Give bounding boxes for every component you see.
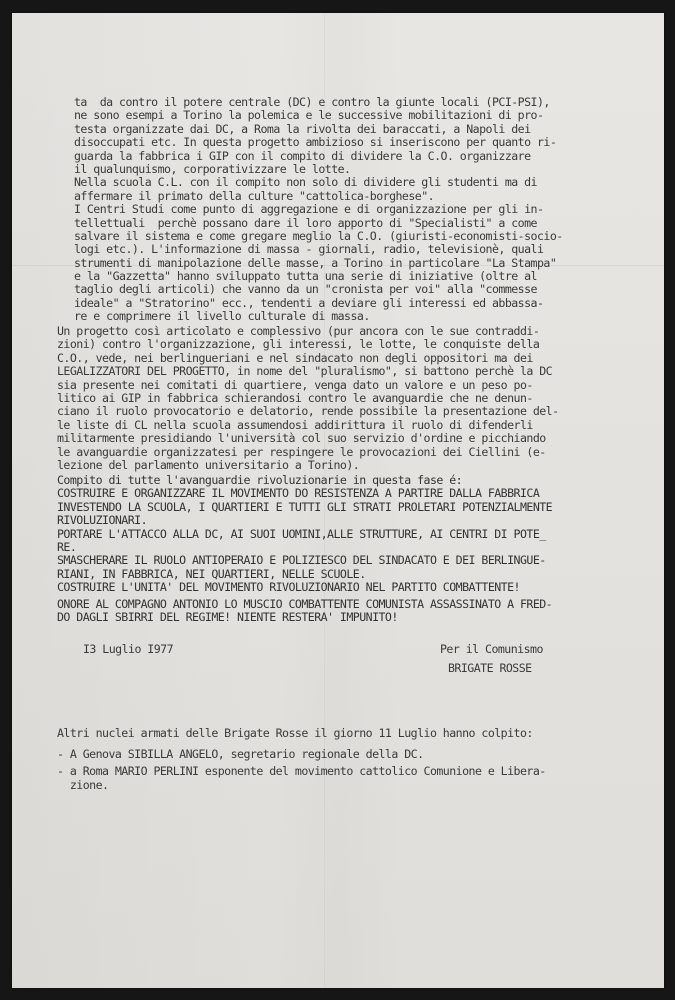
text-line: re e comprimere il livello culturale di … [74,310,563,323]
signature-line-2: BRIGATE ROSSE [448,662,532,675]
text-line: zioni) contro l'organizzazione, gli inte… [57,338,559,351]
text-line: ta da contro il potere centrale (DC) e c… [74,96,563,109]
text-line: I Centri Studi come punto di aggregazion… [74,203,563,216]
text-line: litico ai GIP in fabbrica schierandosi c… [57,392,559,405]
postscript-item: - A Genova SIBILLA ANGELO, segretario re… [57,748,546,761]
text-line: disoccupati etc. In questa progetto ambi… [74,136,563,149]
text-line: zione. [57,779,546,792]
text-line: COSTRUIRE E ORGANIZZARE IL MOVIMENTO DO … [57,487,552,500]
text-line: DO DAGLI SBIRRI DEL REGIME! NIENTE RESTE… [57,611,552,624]
text-line: Compito di tutte l'avanguardie rivoluzio… [57,474,552,487]
text-line: lezione del parlamento universitario a T… [57,459,559,472]
text-line: sia presente nei comitati di quartiere, … [57,379,559,392]
text-line: ONORE AL COMPAGNO ANTONIO LO MUSCIO COMB… [57,598,552,611]
paragraph-legalizers: Un progetto così articolato e complessiv… [57,325,559,472]
text-line: affermare il primato della culture "catt… [74,190,563,203]
text-line: testa organizzate dai DC, a Roma la rivo… [74,123,563,136]
text-line: RIVOLUZIONARI. [57,514,552,527]
text-line: Nella scuola C.L. con il compito non sol… [74,176,563,189]
text-line: strumenti di manipolazione delle masse, … [74,257,563,270]
paragraph-tasks: Compito di tutte l'avanguardie rivoluzio… [57,474,552,595]
text-line: ideale" a "Stratorino" ecc., tendenti a … [74,297,563,310]
text-line: tellettuali perchè possano dare il loro … [74,217,563,230]
text-line: - A Genova SIBILLA ANGELO, segretario re… [57,748,546,761]
text-line: COSTRUIRE L'UNITA' DEL MOVIMENTO RIVOLUZ… [57,581,552,594]
text-line: RE. [57,541,552,554]
text-line: salvare il sistema e come gregare meglio… [74,230,563,243]
postscript-intro: Altri nuclei armati delle Brigate Rosse … [57,727,533,740]
text-line: taglio degli articoli) che vanno da un "… [74,283,563,296]
text-line: logi etc.). L'informazione di massa - gi… [74,243,563,256]
text-line: Un progetto così articolato e complessiv… [57,325,559,338]
text-line: RIANI, IN FABBRICA, NEI QUARTIERI, NELLE… [57,568,552,581]
paragraph-honor: ONORE AL COMPAGNO ANTONIO LO MUSCIO COMB… [57,598,552,625]
text-line: le avanguardie organizzatesi per resping… [57,446,559,459]
postscript-item: - a Roma MARIO PERLINI esponente del mov… [57,765,546,792]
text-line: le liste di CL nella scuola assumendosi … [57,419,559,432]
paragraph-dc-project: ta da contro il potere centrale (DC) e c… [74,96,563,324]
text-line: e la "Gazzetta" hanno sviluppato tutta u… [74,270,563,283]
text-line: PORTARE L'ATTACCO ALLA DC, AI SUOI UOMIN… [57,528,552,541]
text-line: - a Roma MARIO PERLINI esponente del mov… [57,765,546,778]
text-line: ciano il ruolo provocatorio e delatorio,… [57,405,559,418]
text-line: INVESTENDO LA SCUOLA, I QUARTIERI E TUTT… [57,501,552,514]
text-line: ne sono esempi a Torino la polemica e le… [74,109,563,122]
text-line: LEGALIZZATORI DEL PROGETTO, in nome del … [57,365,559,378]
postscript-list: - A Genova SIBILLA ANGELO, segretario re… [57,744,546,792]
text-line: il qualunquismo, corporativizzare le lot… [74,163,563,176]
signature-line-1: Per il Comunismo [440,643,543,656]
text-line: guarda la fabbrica i GIP con il compito … [74,150,563,163]
text-line: militarmente presidiando l'università co… [57,432,559,445]
text-line: C.O., vede, nei berlingueriani e nel sin… [57,352,559,365]
document-date: I3 Luglio I977 [83,643,173,656]
text-line: SMASCHERARE IL RUOLO ANTIOPERAIO E POLIZ… [57,554,552,567]
